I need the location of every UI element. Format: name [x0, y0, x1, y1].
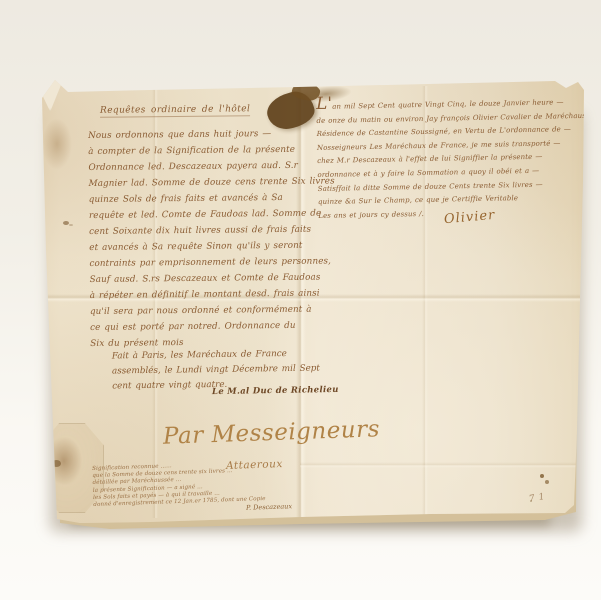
page-number: 71	[528, 491, 549, 504]
marshal-signature: Le M.al Duc de Richelieu	[212, 385, 339, 397]
left-body-line: Magnier lad. Somme de douze cens trente …	[89, 173, 335, 192]
worm-holes	[540, 474, 544, 478]
closing-line: assemblés, le Lundi vingt Décembre mil S…	[112, 362, 320, 380]
left-page-body: Nous ordonnons que dans huit jours —à co…	[88, 125, 336, 352]
manuscript-paper: Requêtes ordinaire de l'hôtel Nous ordon…	[0, 0, 601, 600]
endorsement-script: Par Messeigneurs	[163, 416, 381, 450]
torn-corner-flap	[31, 78, 71, 113]
horizontal-fold-crease-lower	[300, 462, 576, 468]
left-edge-specks	[63, 221, 69, 225]
left-edge-stain	[42, 118, 72, 170]
court-officer-signature: Olivier	[443, 208, 496, 227]
photo-backdrop: Requêtes ordinaire de l'hôtel Nous ordon…	[0, 0, 601, 600]
ink-speck	[322, 80, 329, 85]
right-page-body: L'an mil Sept Cent quatre Vingt Cinq, le…	[316, 92, 600, 224]
left-body-line: qu'il sera par nous ordonné et conformém…	[90, 301, 336, 320]
left-page-heading: Requêtes ordinaire de l'hôtel	[100, 104, 250, 118]
marginal-signature: P. Descazeaux	[246, 502, 292, 512]
marginal-note: Signification reconnue ……que la Somme de…	[92, 460, 266, 509]
